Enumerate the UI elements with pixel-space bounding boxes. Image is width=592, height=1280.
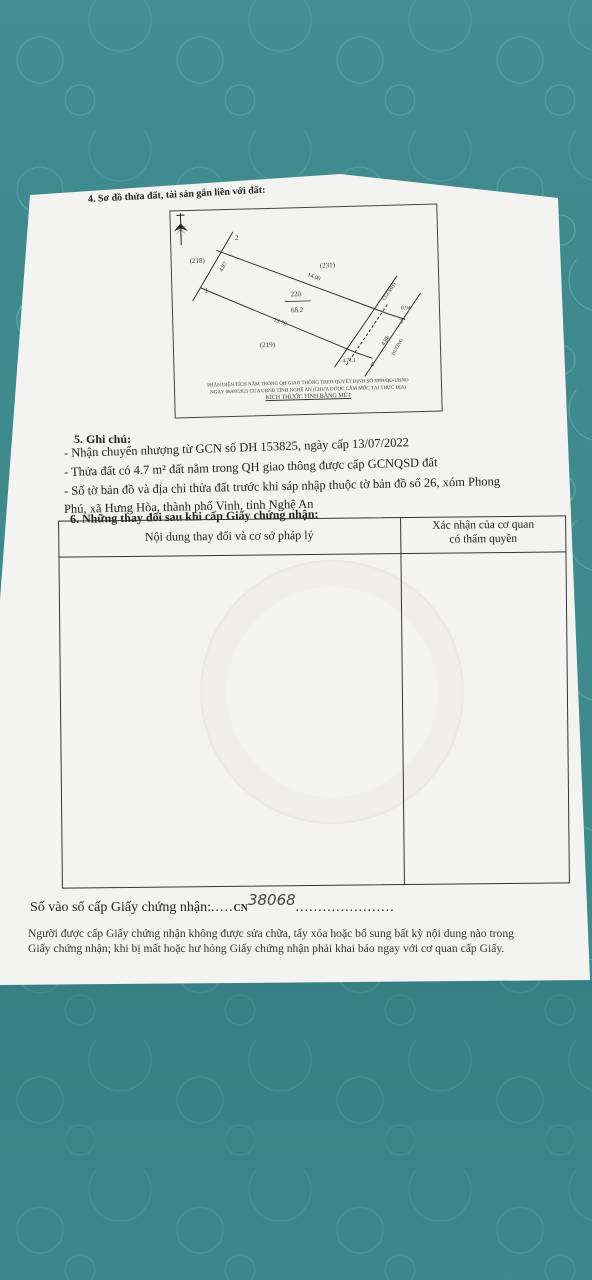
svg-text:2: 2	[235, 234, 239, 242]
svg-text:4.71.1: 4.71.1	[342, 358, 356, 364]
registry-number: 38068	[248, 891, 296, 909]
changes-table: Nội dung thay đổi và cơ sở pháp lý Xác n…	[58, 515, 570, 888]
svg-text:14.00: 14.00	[306, 272, 321, 282]
svg-text:4.88: 4.88	[381, 335, 392, 347]
svg-text:1: 1	[204, 287, 208, 295]
svg-text:4: 4	[370, 360, 374, 368]
registry-prefix: CN	[234, 903, 248, 914]
svg-text:0.94: 0.94	[401, 305, 411, 311]
column-header-confirmation: Xác nhận của cơ quan có thẩm quyền	[400, 517, 566, 547]
registry-line: Số vào sổ cấp Giấy chứng nhận:.....CN380…	[30, 897, 395, 916]
fabric-background-top	[0, 0, 592, 200]
neighbor-231: (231)	[320, 261, 336, 269]
registry-label: Số vào sổ cấp Giấy chứng nhận:	[30, 900, 211, 915]
svg-text:ĐƯỜNG: ĐƯỜNG	[391, 337, 405, 356]
warning-line-1: Người được cấp Giấy chứng nhận không đượ…	[28, 927, 514, 940]
neighbor-219: (219)	[260, 341, 276, 349]
parcel-number: 220	[290, 290, 301, 298]
warning-line-2: Giấy chứng nhận; khi bị mất hoặc hư hỏng…	[28, 942, 504, 955]
svg-text:4.87: 4.87	[219, 261, 229, 273]
north-arrow-icon	[170, 211, 191, 248]
svg-text:13.70: 13.70	[272, 317, 287, 328]
neighbor-218: (218)	[190, 257, 206, 265]
fabric-background-bottom	[0, 980, 592, 1280]
svg-text:CGCMHT: CGCMHT	[382, 281, 398, 302]
parcel-sketch: (218) (231) (219) 220 68.2 1 2 3 4 14.00…	[169, 204, 442, 419]
parcel-area: 68.2	[291, 306, 304, 314]
